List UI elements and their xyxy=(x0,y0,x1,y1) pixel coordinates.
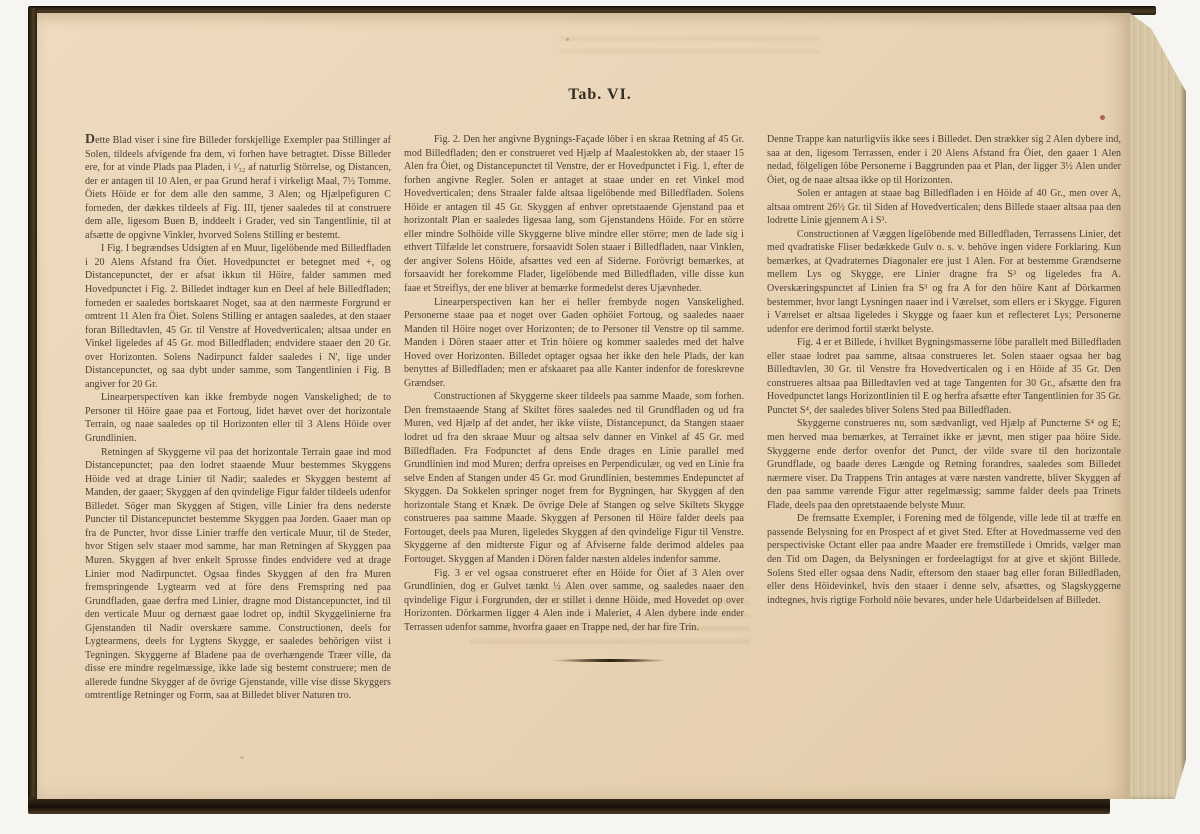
paragraph: Linearperspectiven kan her ei heller fre… xyxy=(404,296,744,391)
page-stack-edge xyxy=(1130,13,1186,799)
foxing-speck xyxy=(240,756,244,759)
book-cover-edge-bottom xyxy=(28,797,1110,814)
paragraph: I Fig. I begrændses Udsigten af en Muur,… xyxy=(85,242,391,391)
plate-title: Tab. VI. xyxy=(480,86,720,104)
paragraph: De fremsatte Exempler, i Forening med de… xyxy=(767,512,1121,607)
paragraph: Fig. 3 er vel ogsaa construeret efter en… xyxy=(404,567,744,635)
book-page-scan: Tab. VI. Dette Blad viser i sine fire Bi… xyxy=(0,0,1200,834)
paragraph: Linearperspectiven kan ikke frembyde nog… xyxy=(85,391,391,445)
paragraph: Skyggerne construeres nu, som sædvanligt… xyxy=(767,417,1121,512)
paragraph: Denne Trappe kan naturligviis ikke sees … xyxy=(767,133,1121,187)
paragraph: Retningen af Skyggerne vil paa det horiz… xyxy=(85,446,391,703)
foxing-speck xyxy=(1100,115,1105,120)
foxing-speck xyxy=(566,38,569,41)
paragraph: Constructionen af Væggen ligelöbende med… xyxy=(767,228,1121,336)
text-column-middle: Fig. 2. Den her angivne Bygnings-Façade … xyxy=(404,133,744,634)
paragraph: Constructionen af Skyggerne skeer tildee… xyxy=(404,390,744,566)
text-column-left: Dette Blad viser i sine fire Billeder fo… xyxy=(85,133,391,703)
tailpiece-rule-ornament xyxy=(552,659,668,662)
paragraph: Fig. 4 er et Billede, i hvilket Bygnings… xyxy=(767,336,1121,417)
paragraph: Solen er antagen at staae bag Billedflad… xyxy=(767,187,1121,228)
book-cover-edge-left xyxy=(28,8,37,804)
paragraph: Dette Blad viser i sine fire Billeder fo… xyxy=(85,133,391,242)
text-column-right: Denne Trappe kan naturligviis ikke sees … xyxy=(767,133,1121,607)
paragraph: Fig. 2. Den her angivne Bygnings-Façade … xyxy=(404,133,744,296)
